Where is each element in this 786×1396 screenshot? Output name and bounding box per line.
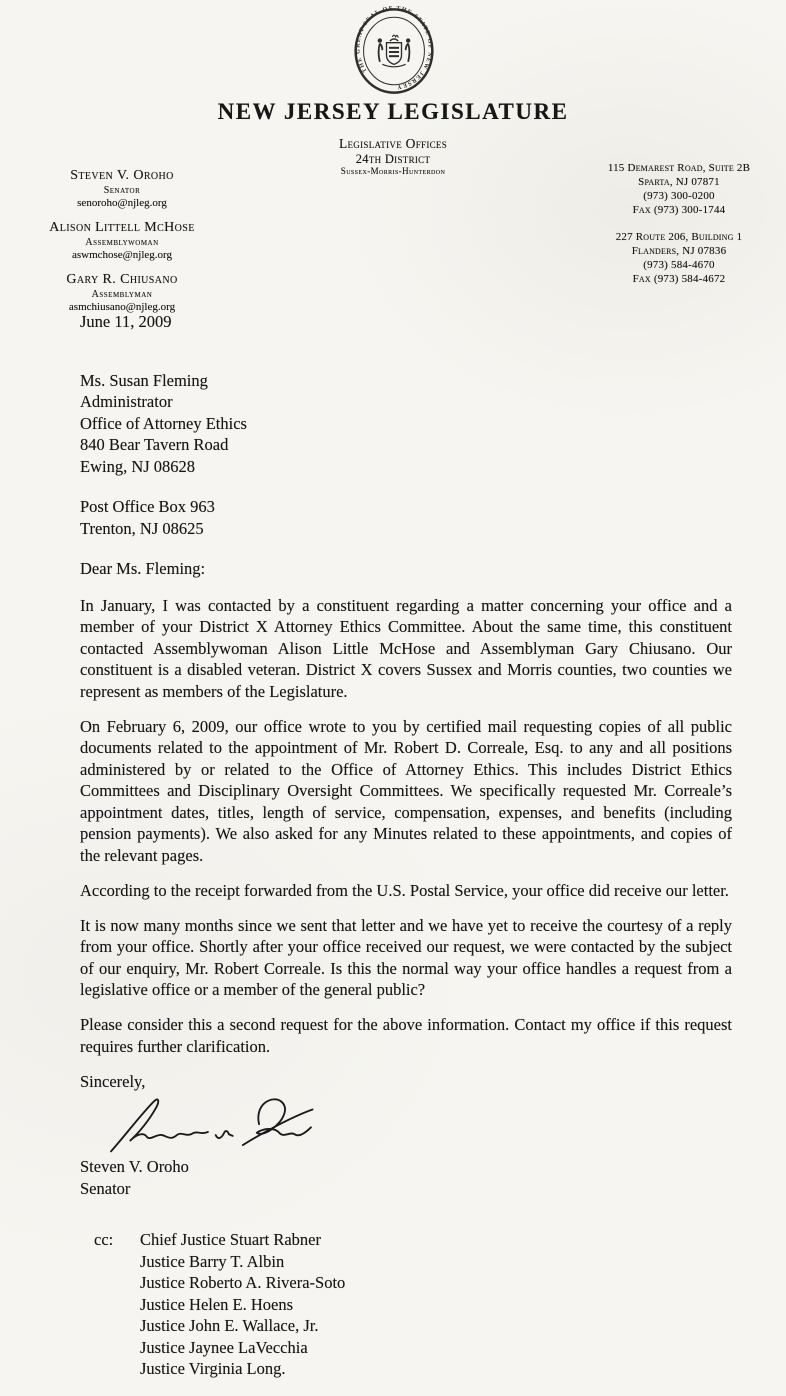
po-box-line: Post Office Box 963 [80,496,732,518]
office-address-sparta: 115 Demarest Road, Suite 2B Sparta, NJ 0… [578,161,780,217]
address-line: (973) 300-0200 [578,189,780,203]
paragraph-1: In January, I was contacted by a constit… [80,595,732,703]
recipient-line: Office of Attorney Ethics [80,413,732,435]
recipient-line: Administrator [80,391,732,413]
cc-recipient: Justice Barry T. Albin [140,1251,345,1273]
recipient-line: Ms. Susan Fleming [80,370,732,392]
closing: Sincerely, [80,1071,732,1093]
legislator-entry: Alison Littell McHose Assemblywoman aswm… [8,220,236,261]
cc-recipient: Justice John E. Wallace, Jr. [140,1315,345,1337]
po-box-address-block: Post Office Box 963 Trenton, NJ 08625 [80,496,732,539]
signer-block: Steven V. Oroho Senator [80,1156,732,1199]
letter-body: June 11, 2009 Ms. Susan Fleming Administ… [80,311,732,1380]
paragraph-2: On February 6, 2009, our office wrote to… [80,716,732,867]
cc-recipient: Justice Jaynee LaVecchia [140,1337,345,1359]
signer-title: Senator [80,1178,732,1200]
letterhead-title: NEW JERSEY LEGISLATURE [0,99,786,125]
address-line: 227 Route 206, Building 1 [578,230,780,244]
recipient-line: 840 Bear Tavern Road [80,434,732,456]
legislator-email: aswmchose@njleg.org [8,249,236,261]
signer-name: Steven V. Oroho [80,1156,732,1178]
address-line: Fax (973) 584-4672 [578,272,780,286]
address-line: (973) 584-4670 [578,258,780,272]
paragraph-5: Please consider this a second request fo… [80,1014,732,1057]
office-address-flanders: 227 Route 206, Building 1 Flanders, NJ 0… [578,230,780,286]
office-address-column: 115 Demarest Road, Suite 2B Sparta, NJ 0… [578,161,780,299]
recipient-line: Ewing, NJ 08628 [80,456,732,478]
legislator-role: Assemblywoman [8,237,236,248]
paragraph-4: It is now many months since we sent that… [80,915,732,1001]
legislator-name: Alison Littell McHose [8,220,236,236]
cc-block: cc: Chief Justice Stuart Rabner Justice … [80,1229,732,1380]
po-box-line: Trenton, NJ 08625 [80,518,732,540]
cc-recipient: Justice Helen E. Hoens [140,1294,345,1316]
legislator-column: Steven V. Oroho Senator senoroho@njleg.o… [8,168,236,324]
letter-date: June 11, 2009 [80,311,732,333]
nj-state-seal-icon: THE GREAT SEAL OF THE STATE OF NEW JERSE… [352,6,436,96]
cc-recipient: Justice Roberto A. Rivera-Soto [140,1272,345,1294]
handwritten-signature [86,1094,732,1156]
address-line: Fax (973) 300-1744 [578,203,780,217]
cc-recipient: Justice Virginia Long. [140,1358,345,1380]
legislator-entry: Steven V. Oroho Senator senoroho@njleg.o… [8,168,236,209]
legislator-role: Assemblyman [8,289,236,300]
legislator-name: Steven V. Oroho [8,168,236,184]
address-line: Sparta, NJ 07871 [578,175,780,189]
cc-recipient: Chief Justice Stuart Rabner [140,1229,345,1251]
scanned-letter-page: THE GREAT SEAL OF THE STATE OF NEW JERSE… [0,0,786,1396]
legislator-role: Senator [8,185,236,196]
paragraph-3: According to the receipt forwarded from … [80,880,732,902]
cc-label: cc: [94,1229,140,1380]
cc-list: Chief Justice Stuart Rabner Justice Barr… [140,1229,345,1380]
recipient-address-block: Ms. Susan Fleming Administrator Office o… [80,370,732,478]
legislator-email: senoroho@njleg.org [8,197,236,209]
address-line: Flanders, NJ 07836 [578,244,780,258]
address-line: 115 Demarest Road, Suite 2B [578,161,780,175]
legislator-name: Gary R. Chiusano [8,272,236,288]
legislator-entry: Gary R. Chiusano Assemblyman asmchiusano… [8,272,236,313]
office-line: Legislative Offices [0,136,786,152]
salutation: Dear Ms. Fleming: [80,558,732,580]
